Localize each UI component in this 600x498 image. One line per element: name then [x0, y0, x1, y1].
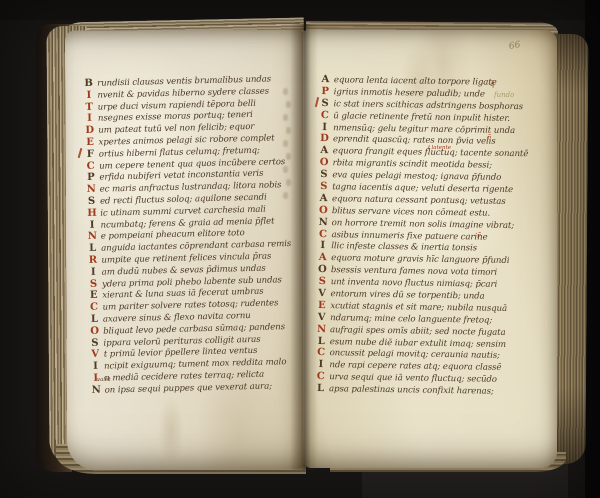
line-initial: B	[84, 78, 93, 90]
line-initial: O	[319, 205, 328, 217]
left-page-text: Brundisii clausas ventis brumalibus unda…	[84, 73, 304, 397]
line-initial: O	[90, 325, 99, 337]
line-initial: C	[89, 302, 98, 314]
ink-showthrough-mark	[286, 127, 291, 134]
line-initial: I	[87, 219, 96, 231]
line-initial: S	[90, 337, 99, 349]
rubric-margin-mark: r̃	[477, 232, 480, 240]
rubric-margin-mark: q̃	[490, 80, 494, 88]
line-initial: I	[320, 122, 329, 134]
line-initial: R	[88, 255, 97, 267]
folio-number: 66	[508, 40, 521, 52]
line-initial: E	[317, 300, 326, 312]
line-initial: C	[316, 371, 325, 383]
line-initial: O	[318, 264, 327, 276]
line-initial: D	[85, 125, 94, 137]
line-text: apsa palestinas uncis confixit harenas;	[329, 384, 494, 398]
line-initial: I	[89, 266, 98, 278]
right-page-text: Aequora lenta iacent alto torpore ligate…	[316, 74, 543, 398]
ink-showthrough-mark	[286, 153, 291, 160]
ink-showthrough-mark	[283, 140, 288, 147]
interlinear-gloss-valet: valet	[97, 377, 111, 383]
ink-showthrough-mark	[286, 179, 291, 186]
line-initial: E	[85, 137, 94, 149]
line-initial: N	[88, 231, 97, 243]
line-initial: A	[321, 74, 330, 86]
line-initial: N	[91, 384, 100, 396]
marginal-correction: fundo	[494, 91, 514, 99]
line-initial: I	[316, 359, 325, 371]
ink-showthrough-mark	[283, 114, 288, 121]
line-initial: O	[320, 157, 329, 169]
line-initial: C	[320, 110, 329, 122]
line-initial: N	[87, 184, 96, 196]
line-initial: A	[318, 252, 327, 264]
line-initial: I	[84, 90, 93, 102]
line-initial: I	[85, 113, 94, 125]
interlinear-gloss-red: ł latente	[428, 145, 451, 151]
line-initial: V	[317, 312, 326, 324]
line-initial: I	[91, 361, 100, 373]
line-initial: S	[87, 196, 96, 208]
line-initial: S	[320, 98, 329, 110]
line-initial: L	[317, 336, 326, 348]
rubric-margin-mark: r̃	[487, 134, 490, 142]
line-initial: S	[319, 181, 328, 193]
line-initial: N	[319, 217, 328, 229]
line-initial: P	[86, 172, 95, 184]
line-initial: D	[320, 133, 329, 145]
line-initial: S	[318, 276, 327, 288]
line-initial: L	[88, 243, 97, 255]
parchment-stain	[158, 396, 184, 466]
ink-showthrough-mark	[286, 101, 291, 108]
line-initial: H	[87, 208, 96, 220]
line-initial: V	[317, 288, 326, 300]
line-initial: T	[85, 101, 94, 113]
manuscript-line: Lapsa palestinas uncis confixit harenas;	[316, 383, 538, 398]
line-initial: A	[319, 193, 328, 205]
line-initial: C	[86, 160, 95, 172]
line-initial: C	[317, 347, 326, 359]
line-initial: V	[91, 349, 100, 361]
line-initial: I	[318, 240, 327, 252]
ink-showthrough-mark	[283, 88, 288, 95]
line-initial: E	[89, 290, 98, 302]
line-initial: L	[316, 383, 325, 395]
line-initial: C	[318, 229, 327, 241]
ink-showthrough-mark	[283, 166, 288, 173]
line-initial: S	[319, 169, 328, 181]
ink-showthrough-mark	[283, 192, 288, 199]
line-initial: N	[317, 324, 326, 336]
line-initial: S	[89, 278, 98, 290]
line-initial: L	[90, 314, 99, 326]
line-initial: A	[320, 145, 329, 157]
line-initial: P	[321, 86, 330, 98]
manuscript-photo: Brundisii clausas ventis brumalibus unda…	[0, 0, 600, 498]
line-initial: F	[86, 149, 95, 161]
